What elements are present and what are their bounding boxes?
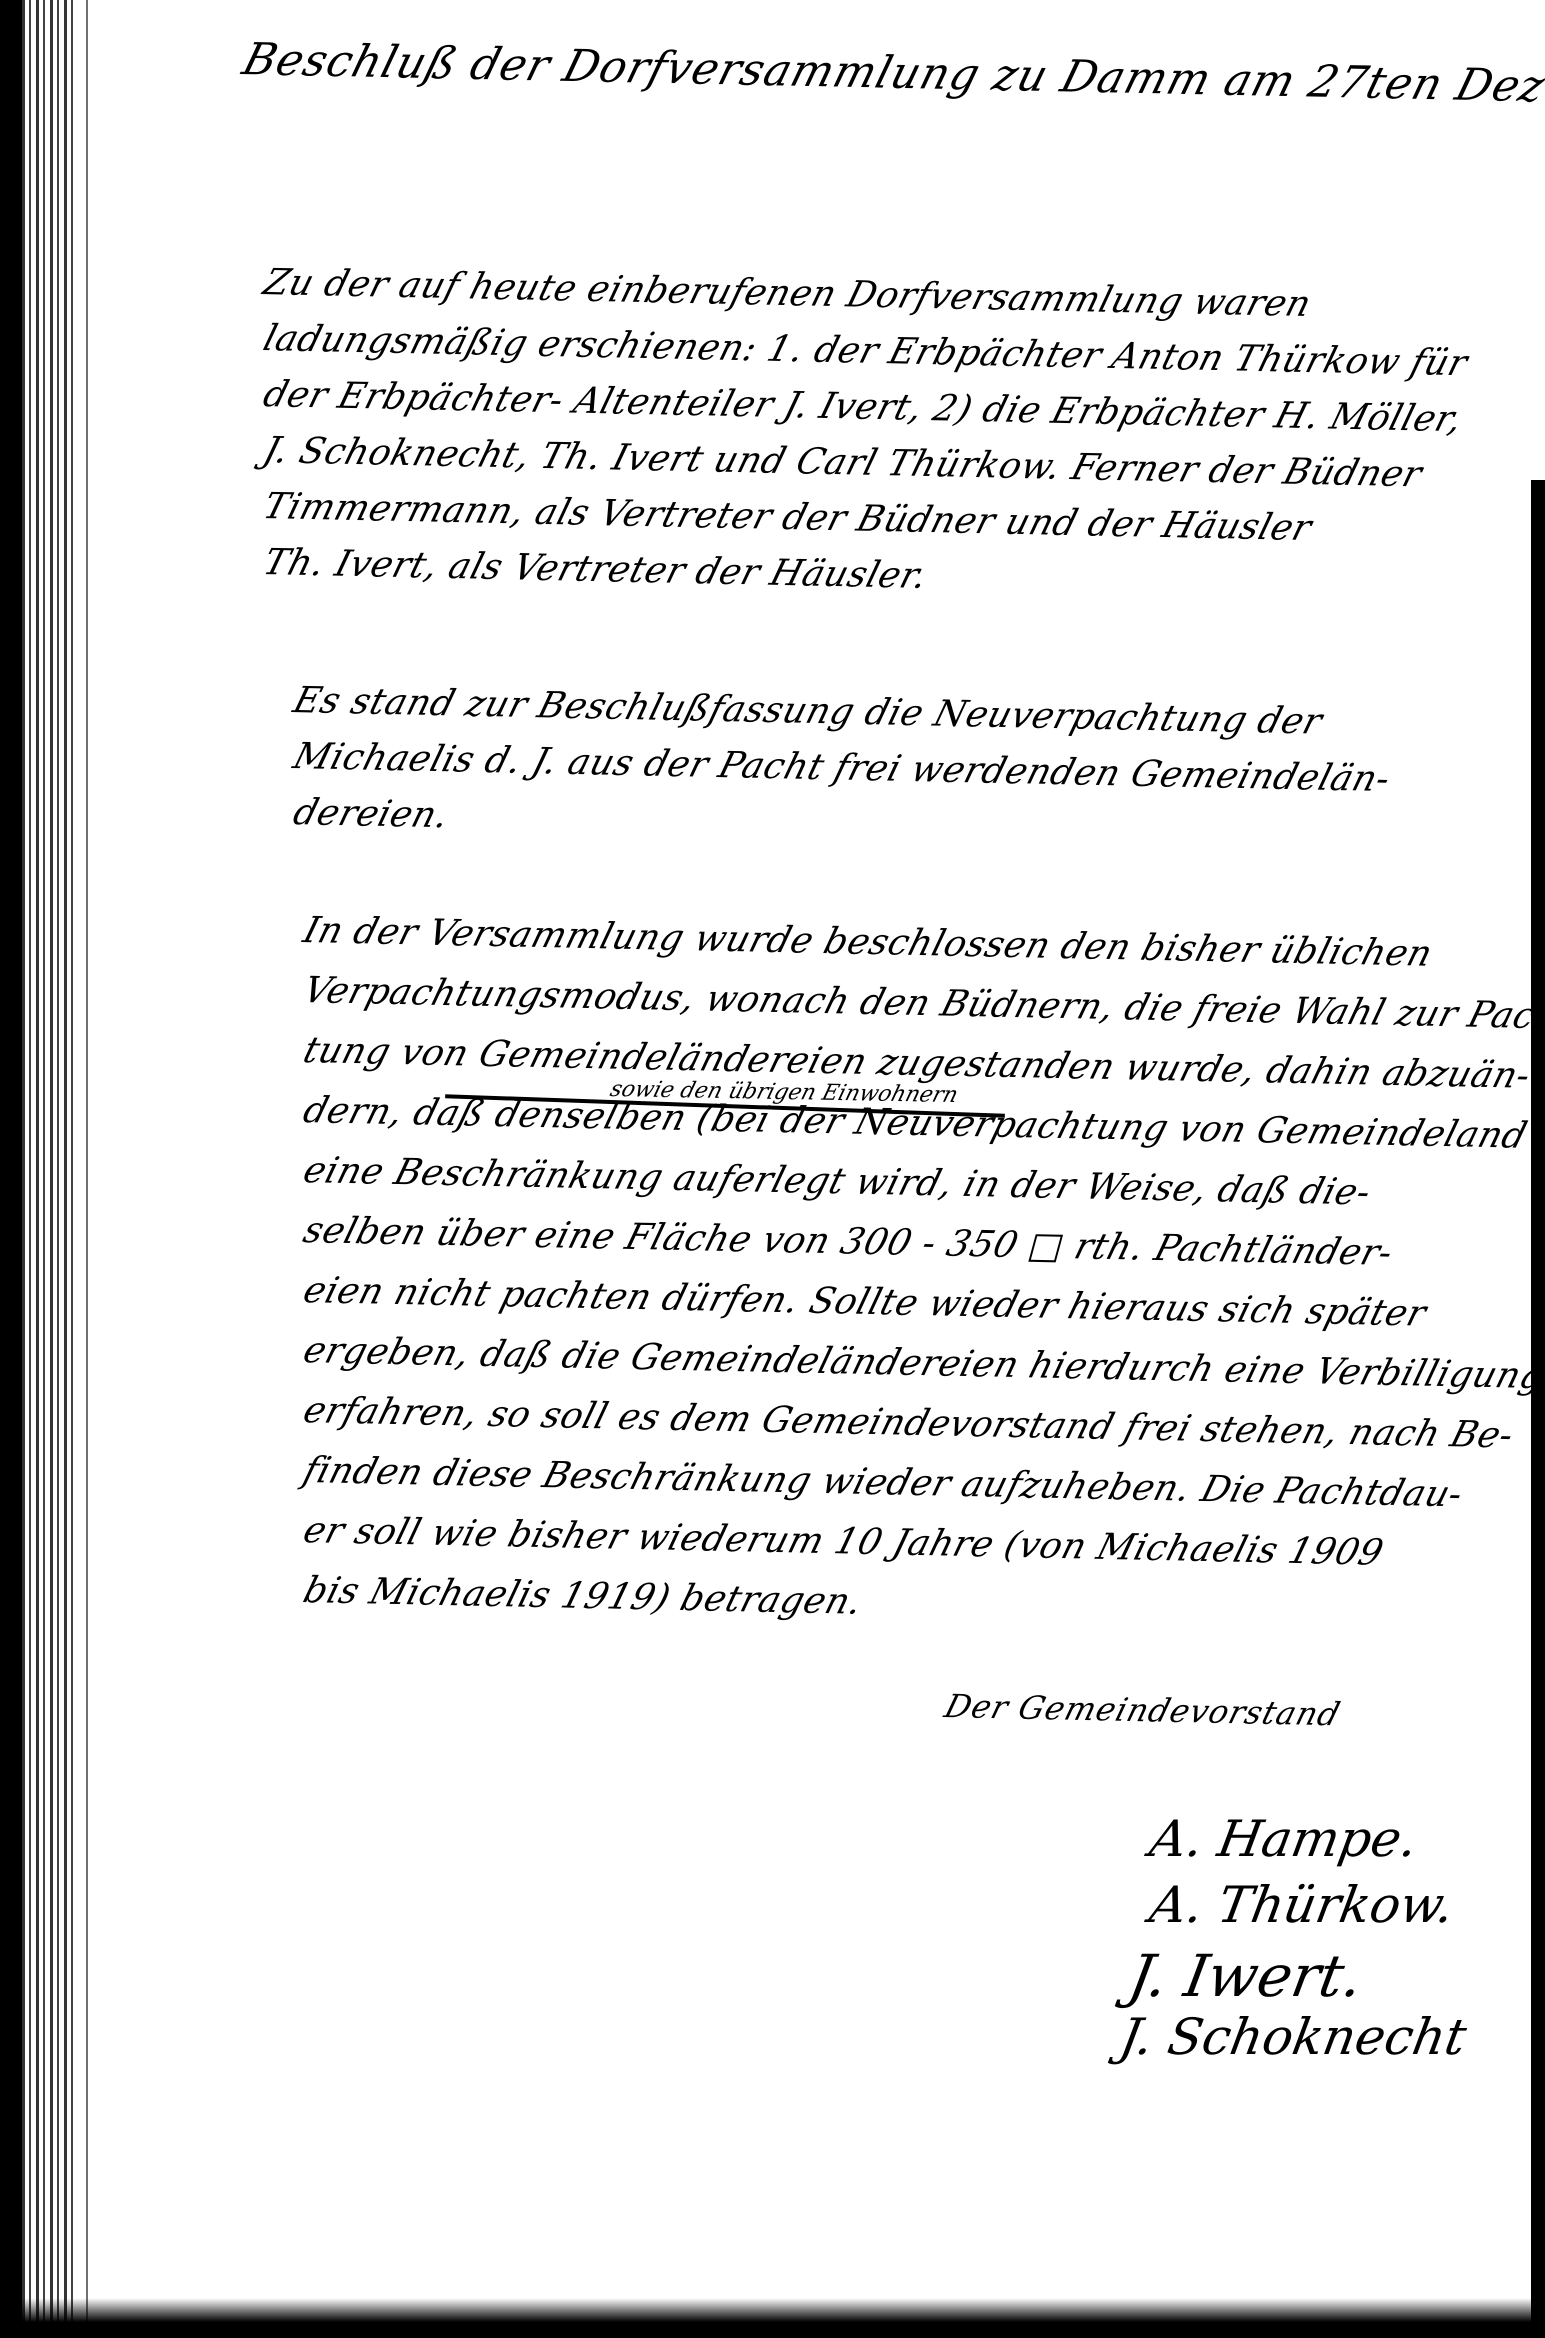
margin-rule — [86, 0, 88, 2338]
scan-binding-edge — [0, 0, 22, 2338]
signature: J. Iwert. — [1124, 1942, 1471, 2008]
closing-line: Der Gemeindevorstand — [941, 1690, 1344, 1730]
signature: A. Hampe. — [1144, 1810, 1471, 1876]
document-title: Beschluß der Dorfversammlung zu Damm am … — [238, 38, 1545, 109]
signature: J. Schoknecht — [1114, 2008, 1471, 2074]
paragraph-attendance: Zu der auf heute einberufenen Dorfversam… — [270, 262, 1479, 598]
scan-binding-shadow — [22, 0, 77, 2338]
signature: A. Thürkow. — [1144, 1876, 1471, 1942]
signature-block: A. Hampe. A. Thürkow. J. Iwert. J. Schok… — [1150, 1810, 1465, 2074]
paragraph-resolution: In der Versammlung wurde beschlossen den… — [310, 910, 1545, 1630]
scan-bottom-edge — [0, 2298, 1545, 2338]
paragraph-agenda: Es stand zur Beschlußfassung die Neuverp… — [300, 680, 1401, 848]
